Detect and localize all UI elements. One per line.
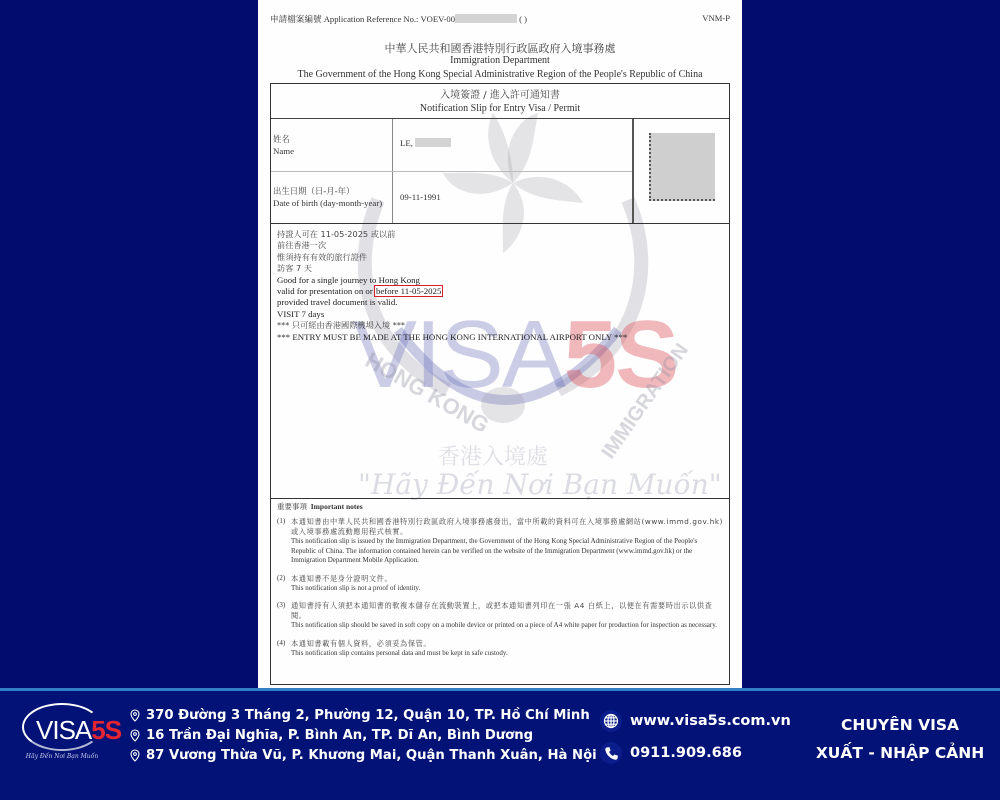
- issuer-en: Immigration Department: [258, 55, 742, 66]
- contact-info: www.visa5s.com.vn 0911.909.686: [600, 705, 791, 769]
- location-pin-icon: [130, 709, 140, 722]
- note-item: (4) 本通知書載有個人資料，必須妥為保管。This notification …: [277, 639, 723, 659]
- visa5s-logo[interactable]: VISA5S Hãy Đến Nơi Bạn Muốn: [12, 701, 112, 771]
- footer-banner: VISA5S Hãy Đến Nơi Bạn Muốn 370 Đường 3 …: [0, 688, 1000, 800]
- country-code: VNM-P: [702, 13, 730, 25]
- address-item: 370 Đường 3 Tháng 2, Phường 12, Quận 10,…: [130, 705, 597, 725]
- visa-notification-document: VISA5S HONG KONG IMMIGRATION 香港入境處 "Hãy …: [258, 0, 742, 688]
- globe-icon: [600, 710, 622, 732]
- phone-icon: [600, 742, 622, 764]
- website-row[interactable]: www.visa5s.com.vn: [600, 705, 791, 737]
- slip-header: 入境簽證 / 進入許可通知書 Notification Slip for Ent…: [271, 84, 729, 119]
- slip-frame: 入境簽證 / 進入許可通知書 Notification Slip for Ent…: [270, 83, 730, 685]
- service-tagline: CHUYÊN VISA XUẤT - NHẬP CẢNH: [800, 711, 1000, 767]
- reference-row: 申請檔案編號 Application Reference No.: VOEV-0…: [270, 13, 730, 25]
- phone-number[interactable]: 0911.909.686: [630, 745, 742, 761]
- divider: [271, 171, 632, 172]
- address-item: 16 Trần Đại Nghĩa, P. Bình An, TP. Dĩ An…: [130, 725, 597, 745]
- website-link[interactable]: www.visa5s.com.vn: [630, 713, 791, 729]
- name-value: LE,: [400, 138, 451, 148]
- government-title: The Government of the Hong Kong Special …: [258, 69, 742, 80]
- issuer-zh: 中華人民共和國香港特別行政區政府入境事務處: [258, 40, 742, 56]
- phone-row[interactable]: 0911.909.686: [600, 737, 791, 769]
- highlighted-expiry-date: before 11-05-2025: [375, 286, 442, 296]
- divider: [632, 119, 634, 223]
- application-reference: 申請檔案編號 Application Reference No.: VOEV-0…: [270, 13, 527, 25]
- logo-slogan: Hãy Đến Nơi Bạn Muốn: [12, 753, 112, 760]
- note-item: (1) 本通知書由中華人民共和國香港特別行政區政府入境事務處發出，當中所載的資料…: [277, 517, 723, 566]
- dob-value: 09-11-1991: [400, 192, 441, 202]
- name-label: 姓名 Name: [273, 133, 294, 157]
- entry-conditions: 持證人可在 11-05-2025 或以前 前往香港一次 惟須持有有效的旅行證件 …: [277, 229, 627, 343]
- note-item: (2) 本通知書不是身分證明文件。This notification slip …: [277, 574, 723, 594]
- location-pin-icon: [130, 749, 140, 762]
- redacted-block: [455, 14, 517, 23]
- note-item: (3) 通知書持有人須把本通知書的軟複本儲存在流動裝置上，或把本通知書列印在一張…: [277, 601, 723, 631]
- redacted-block: [415, 138, 451, 147]
- address-item: 87 Vương Thừa Vũ, P. Khương Mai, Quận Th…: [130, 745, 597, 765]
- important-notes: 重要事項 Important notes (1) 本通知書由中華人民共和國香港特…: [271, 498, 729, 684]
- dob-label: 出生日期（日-月-年） Date of birth (day-month-yea…: [273, 185, 382, 209]
- location-pin-icon: [130, 729, 140, 742]
- address-list: 370 Đường 3 Tháng 2, Phường 12, Quận 10,…: [130, 705, 597, 765]
- personal-info-table: 姓名 Name LE, 出生日期（日-月-年） Date of birth (d…: [271, 119, 729, 224]
- redacted-photo: [649, 133, 715, 201]
